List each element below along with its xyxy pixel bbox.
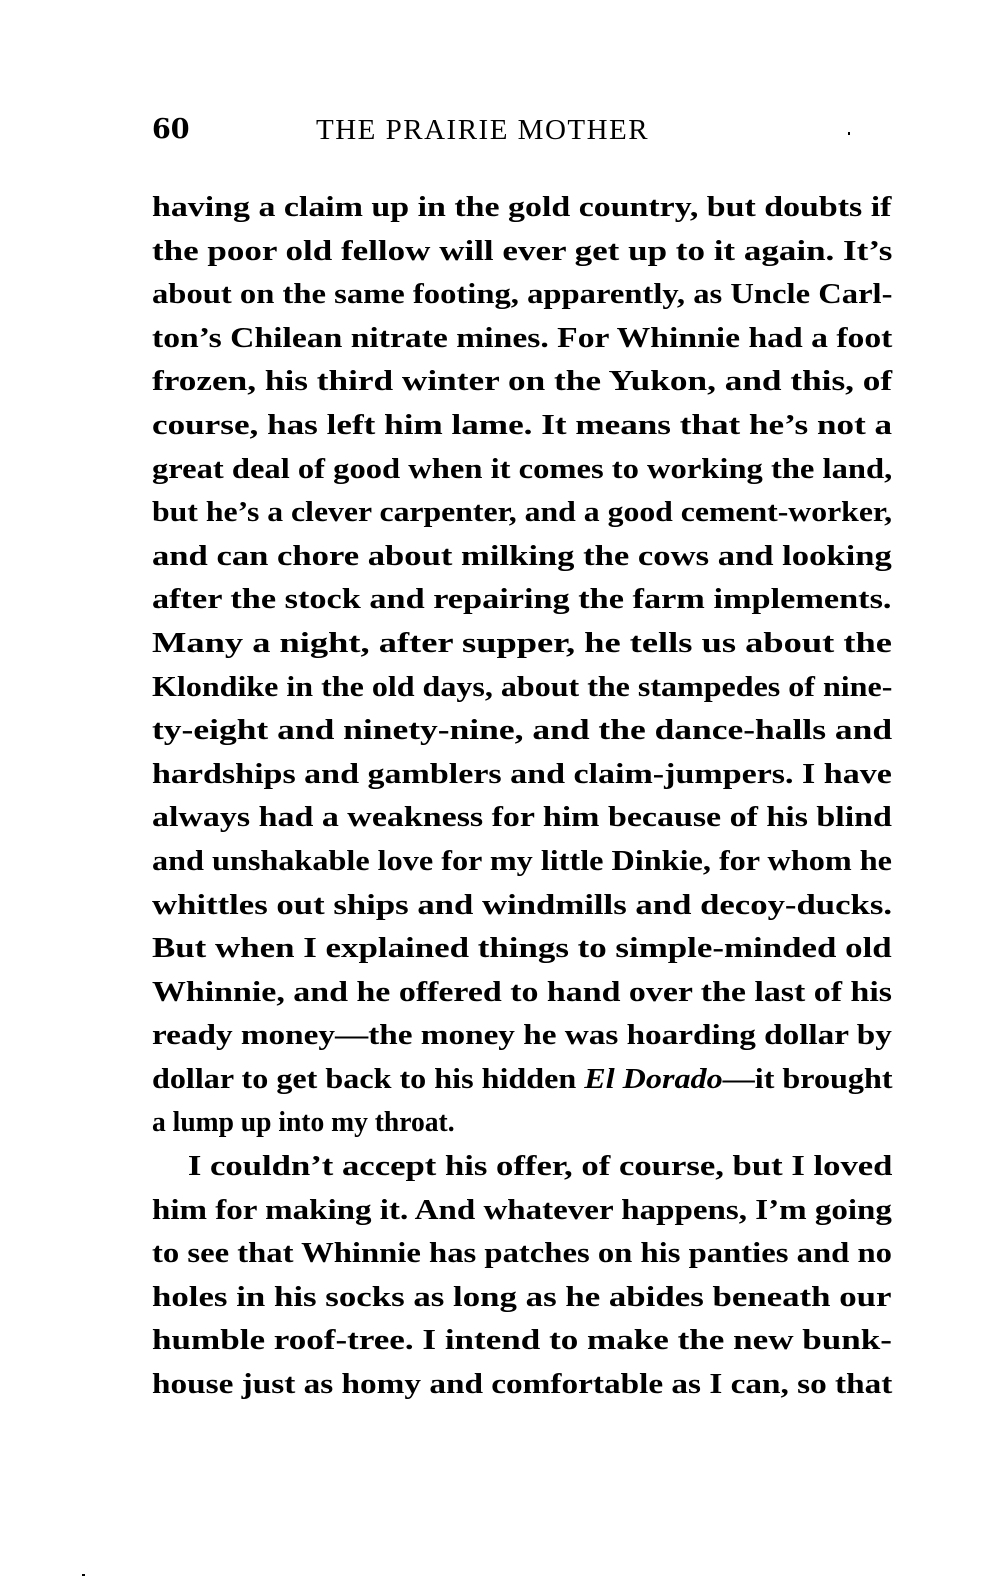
text-line: but he’s a clever carpenter, and a good … xyxy=(152,491,892,535)
text-line: him for making it. And whatever happens,… xyxy=(152,1189,892,1233)
text-line: frozen, his third winter on the Yukon, a… xyxy=(152,360,892,404)
text-line-paragraph-end: a lump up into my throat. xyxy=(152,1101,455,1145)
body-text: having a claim up in the gold country, b… xyxy=(152,186,892,1407)
text-line-indented: I couldn’t accept his offer, of course, … xyxy=(152,1145,892,1189)
text-line: dollar to get back to his hidden El Dora… xyxy=(152,1058,893,1102)
paragraph-2: I couldn’t accept his offer, of course, … xyxy=(152,1145,892,1407)
text-line: holes in his socks as long as he abides … xyxy=(152,1276,892,1320)
italic-place-name: El Dorado xyxy=(584,1063,722,1095)
text-line: Many a night, after supper, he tells us … xyxy=(152,622,892,666)
page-number: 60 xyxy=(152,110,190,150)
text-line: humble roof-tree. I intend to make the n… xyxy=(152,1319,892,1363)
text-line: and unshakable love for my little Dinkie… xyxy=(152,840,892,884)
text-line: course, has left him lame. It means that… xyxy=(152,404,892,448)
text-line: having a claim up in the gold country, b… xyxy=(152,186,891,230)
text-line: Whinnie, and he offered to hand over the… xyxy=(152,971,892,1015)
text-line: whittles out ships and windmills and dec… xyxy=(152,884,892,928)
text-line: ton’s Chilean nitrate mines. For Whinnie… xyxy=(152,317,892,361)
text-run: dollar to get back to his hidden xyxy=(152,1063,584,1095)
text-line: house just as homy and comfortable as I … xyxy=(152,1363,892,1407)
text-line: But when I explained things to simple-mi… xyxy=(152,927,892,971)
text-line: the poor old fellow will ever get up to … xyxy=(152,230,892,274)
text-line: after the stock and repairing the farm i… xyxy=(152,578,892,622)
text-line: Klondike in the old days, about the stam… xyxy=(152,666,892,710)
text-line: to see that Whinnie has patches on his p… xyxy=(152,1232,892,1276)
book-page: 60 THE PRAIRIE MOTHER having a claim up … xyxy=(0,0,1000,1594)
text-line: ty-eight and ninety-nine, and the dance-… xyxy=(152,709,892,753)
text-line: great deal of good when it comes to work… xyxy=(152,448,892,492)
page-header: 60 THE PRAIRIE MOTHER xyxy=(152,110,892,150)
text-line: about on the same footing, apparently, a… xyxy=(152,273,892,317)
scan-speck xyxy=(82,1574,85,1576)
scan-speck xyxy=(848,132,850,135)
text-run: —it brought xyxy=(723,1063,893,1095)
text-line: and can chore about milking the cows and… xyxy=(152,535,892,579)
paragraph-1: having a claim up in the gold country, b… xyxy=(152,186,892,1145)
text-line: ready money—the money he was hoarding do… xyxy=(152,1014,892,1058)
running-title: THE PRAIRIE MOTHER xyxy=(316,110,649,150)
text-line: hardships and gamblers and claim-jumpers… xyxy=(152,753,892,797)
text-line: always had a weakness for him because of… xyxy=(152,796,892,840)
